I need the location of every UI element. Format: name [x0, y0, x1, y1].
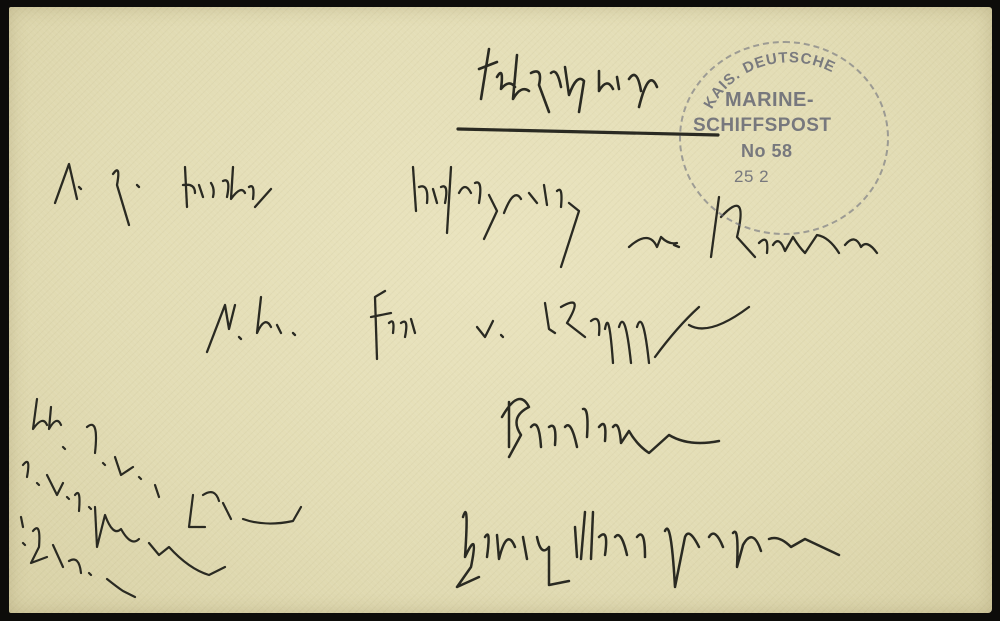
address-line2-handwriting	[207, 291, 749, 363]
postmark-date: 25 2	[734, 167, 769, 187]
envelope: KAIS. DEUTSCHE MARINE- SCHIFFSPOST No 58…	[9, 7, 992, 613]
postmark-line2: SCHIFFSPOST	[693, 115, 832, 137]
city-handwriting	[502, 399, 719, 457]
sender-note-handwriting	[21, 399, 301, 597]
street-handwriting	[457, 512, 839, 587]
postmark-number: No 58	[741, 141, 793, 162]
postmark-ring	[679, 41, 889, 235]
feldpostbrief-handwriting	[458, 49, 718, 135]
postmark-line1: MARINE-	[725, 89, 814, 112]
